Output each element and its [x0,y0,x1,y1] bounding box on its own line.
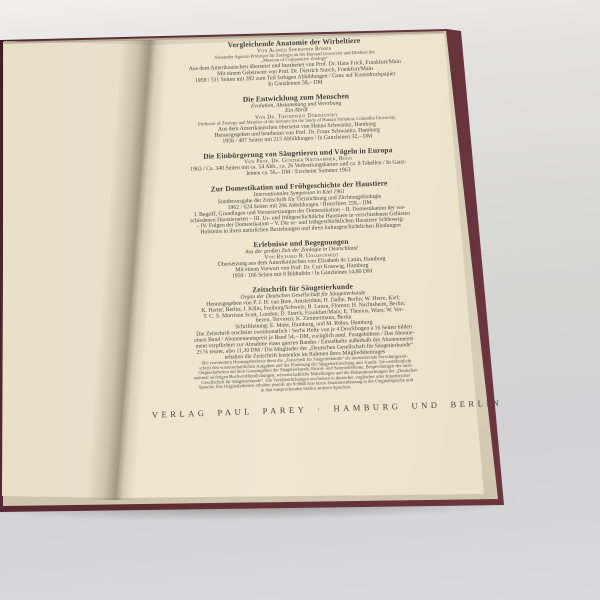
book-section: Vergleichende Anatomie der WirbeltiereVo… [139,34,450,92]
book-section: Zeitschrift für SäugetierkundeOrgan der … [148,280,462,398]
book-section: Die Entwicklung zum MenschenEvolution, A… [141,89,452,147]
book-photo-scene: Vergleichende Anatomie der WirbeltiereVo… [0,0,600,600]
book-section: Erlebnisse und BegegnungenAus der großen… [146,235,457,283]
page-text-block: Vergleichende Anatomie der WirbeltiereVo… [139,34,462,420]
book-section: Zur Domestikation und Frühgeschichte der… [144,178,456,238]
book-section: Die Einbürgerung von Säugetieren und Vög… [143,145,454,181]
